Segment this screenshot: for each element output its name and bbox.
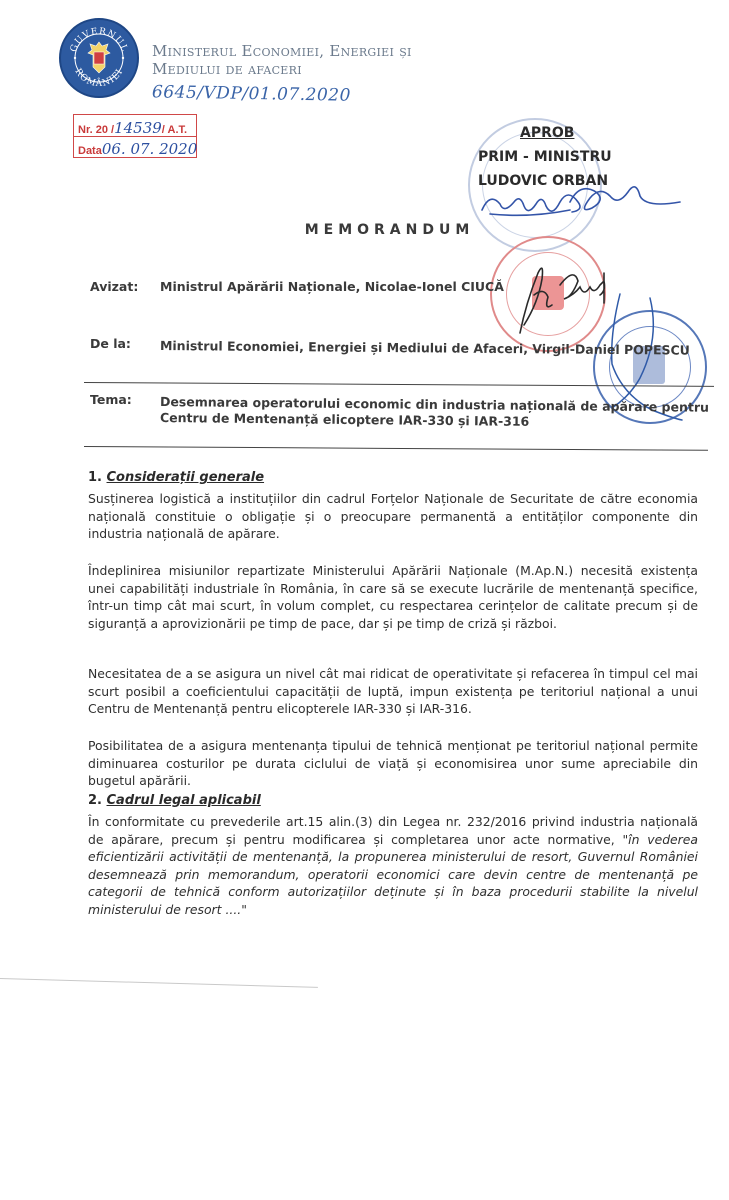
section-2-heading: 2. Cadrul legal aplicabil xyxy=(88,793,261,808)
de-la-label: De la: xyxy=(90,336,131,351)
section-2-number: 2. xyxy=(88,793,102,808)
tema-label: Tema: xyxy=(90,392,132,407)
registration-date-row: Data06. 07. 2020 xyxy=(78,140,197,158)
registration-number-value: 14539 xyxy=(114,119,162,137)
section-1-title: Considerații generale xyxy=(107,470,265,485)
ministry-name: Ministerul Economiei, Energiei și Mediul… xyxy=(152,42,412,78)
tema-line2: Centru de Mentenanță elicoptere IAR-330 … xyxy=(160,410,529,429)
government-seal: GUVERNUL ROMÂNIEI xyxy=(59,18,139,98)
de-la-value: Ministrul Economiei, Energiei și Mediulu… xyxy=(160,338,690,358)
coat-of-arms-icon: GUVERNUL ROMÂNIEI xyxy=(61,20,137,96)
approval-role: PRIM - MINISTRU xyxy=(478,145,612,169)
registration-number-row: Nr. 20 /14539/ A.T. xyxy=(78,119,187,137)
handwritten-registration-number: 6645/VDP/01.07.2020 xyxy=(152,82,351,105)
section-1-paragraph-4: Posibilitatea de a asigura mentenanța ti… xyxy=(88,737,698,790)
section-2-paragraph: În conformitate cu prevederile art.15 al… xyxy=(88,813,698,918)
approval-label: APROB xyxy=(520,121,612,145)
section-2-intro: În conformitate cu prevederile art.15 al… xyxy=(88,814,698,847)
avizat-value: Ministrul Apărării Naționale, Nicolae-Io… xyxy=(160,279,504,294)
avizat-label: Avizat: xyxy=(90,279,138,294)
section-2-title: Cadrul legal aplicabil xyxy=(107,793,261,808)
registration-number-prefix: Nr. 20 / xyxy=(78,124,114,136)
registration-number-suffix: / A.T. xyxy=(162,124,187,136)
section-1-paragraph-3: Necesitatea de a se asigura un nivel cât… xyxy=(88,665,698,718)
section-1-heading: 1. Considerații generale xyxy=(88,470,264,485)
ministry-name-line2: Mediului de afaceri xyxy=(152,60,412,78)
section-1-paragraph-2: Îndeplinirea misiunilor repartizate Mini… xyxy=(88,562,698,632)
header-rule-bottom xyxy=(84,446,708,451)
registration-date-value: 06. 07. 2020 xyxy=(102,140,197,158)
ministry-name-line1: Ministerul Economiei, Energiei și xyxy=(152,42,412,60)
stamp-divider xyxy=(74,136,196,137)
registration-stamp: Nr. 20 /14539/ A.T. Data06. 07. 2020 xyxy=(73,114,197,158)
registration-date-label: Data xyxy=(78,145,102,157)
document-title: MEMORANDUM xyxy=(0,222,729,238)
section-1-paragraph-1: Susținerea logistică a instituțiilor din… xyxy=(88,490,698,543)
scan-artifact-line xyxy=(0,978,318,988)
section-1-number: 1. xyxy=(88,470,102,485)
